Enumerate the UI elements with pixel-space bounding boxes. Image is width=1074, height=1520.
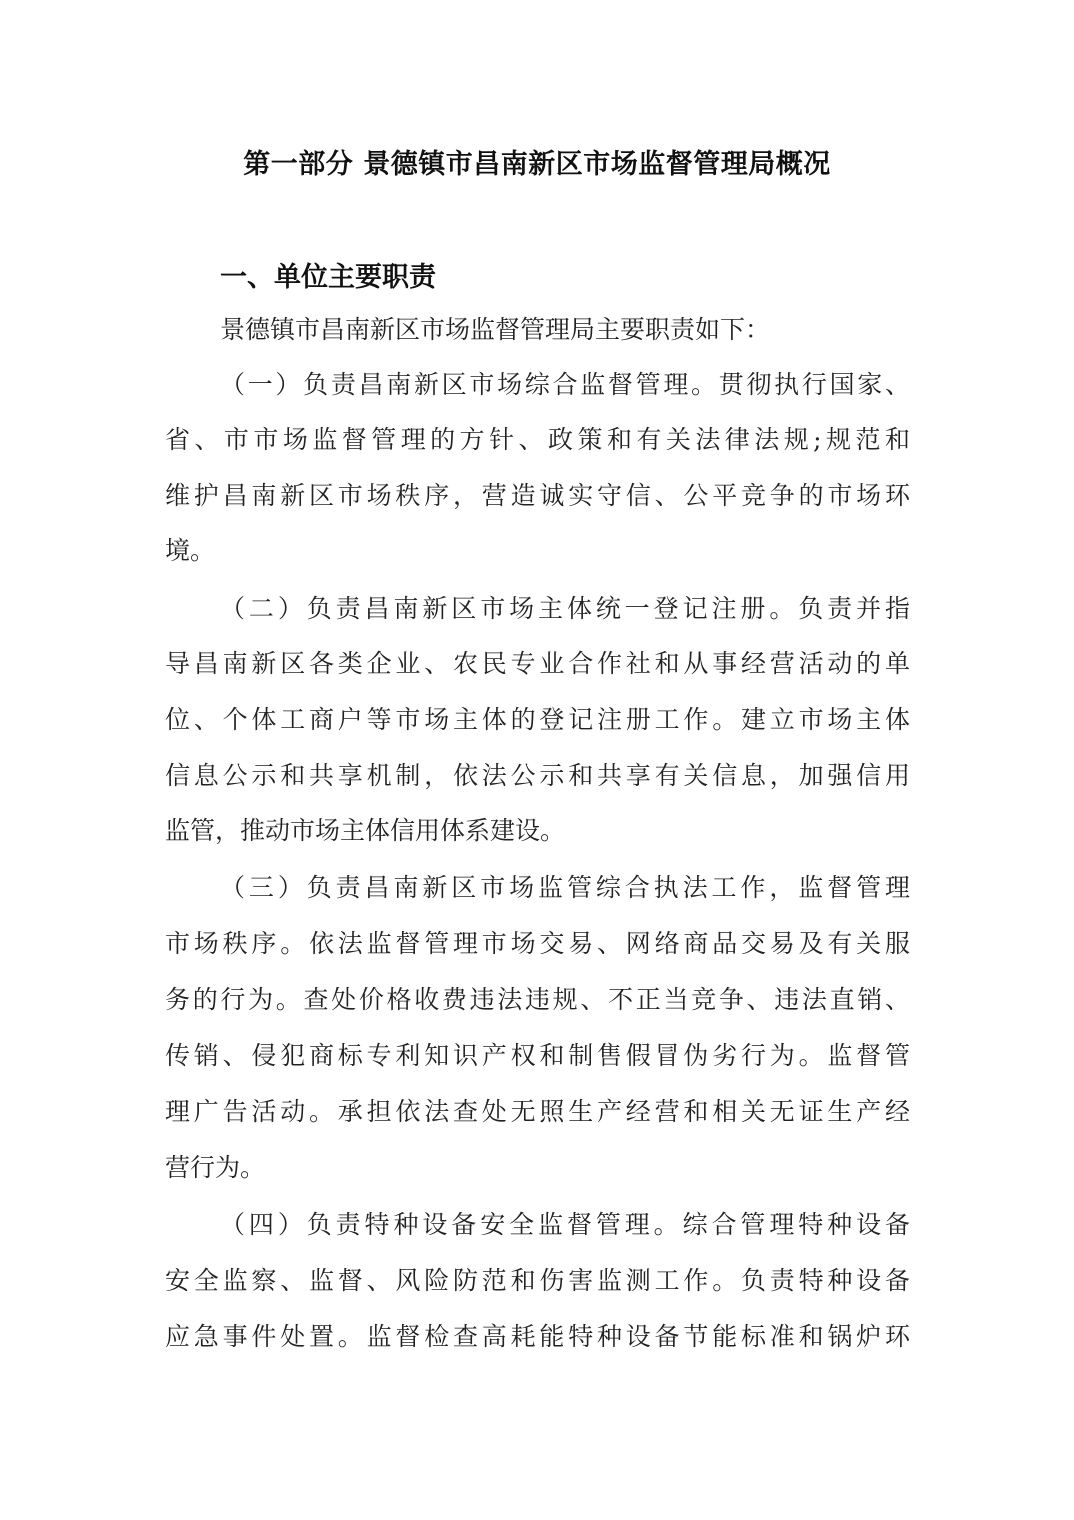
paragraph-line: 监管，推动市场主体信用体系建设。	[165, 811, 910, 847]
paragraph-line: 务的行为。查处价格收费违法违规、不正当竞争、违法直销、	[165, 980, 910, 1016]
paragraph-line: 省、市市场监督管理的方针、政策和有关法律法规;规范和	[165, 420, 910, 456]
paragraph-line: 应急事件处置。监督检查高耗能特种设备节能标准和锅炉环	[165, 1317, 910, 1353]
paragraph-line: （三）负责昌南新区市场监管综合执法工作，监督管理	[220, 868, 910, 904]
paragraph-line: （一）负责昌南新区市场综合监督管理。贯彻执行国家、	[220, 365, 910, 401]
paragraph-line: （四）负责特种设备安全监督管理。综合管理特种设备	[220, 1205, 910, 1241]
paragraph-line: 安全监察、监督、风险防范和伤害监测工作。负责特种设备	[165, 1261, 910, 1297]
paragraph-line: 境。	[165, 531, 910, 567]
paragraph-line: 维护昌南新区市场秩序，营造诚实守信、公平竞争的市场环	[165, 476, 910, 512]
paragraph-line: （二）负责昌南新区市场主体统一登记注册。负责并指	[220, 589, 910, 625]
paragraph-line: 信息公示和共享机制，依法公示和共享有关信息，加强信用	[165, 756, 910, 792]
paragraph-line: 市场秩序。依法监督管理市场交易、网络商品交易及有关服	[165, 924, 910, 960]
paragraph-line: 位、个体工商户等市场主体的登记注册工作。建立市场主体	[165, 700, 910, 736]
paragraph-line: 理广告活动。承担依法查处无照生产经营和相关无证生产经	[165, 1092, 910, 1128]
paragraph-line: 导昌南新区各类企业、农民专业合作社和从事经营活动的单	[165, 644, 910, 680]
paragraph-line: 传销、侵犯商标专利知识产权和制售假冒伪劣行为。监督管	[165, 1036, 910, 1072]
paragraph-line: 营行为。	[165, 1148, 910, 1184]
document-title: 第一部分 景德镇市昌南新区市场监督管理局概况	[0, 142, 1074, 181]
section-heading: 一、单位主要职责	[220, 255, 436, 294]
paragraph-line: 景德镇市昌南新区市场监督管理局主要职责如下：	[220, 310, 910, 346]
document-page: 第一部分 景德镇市昌南新区市场监督管理局概况 一、单位主要职责 景德镇市昌南新区…	[0, 0, 1074, 1520]
